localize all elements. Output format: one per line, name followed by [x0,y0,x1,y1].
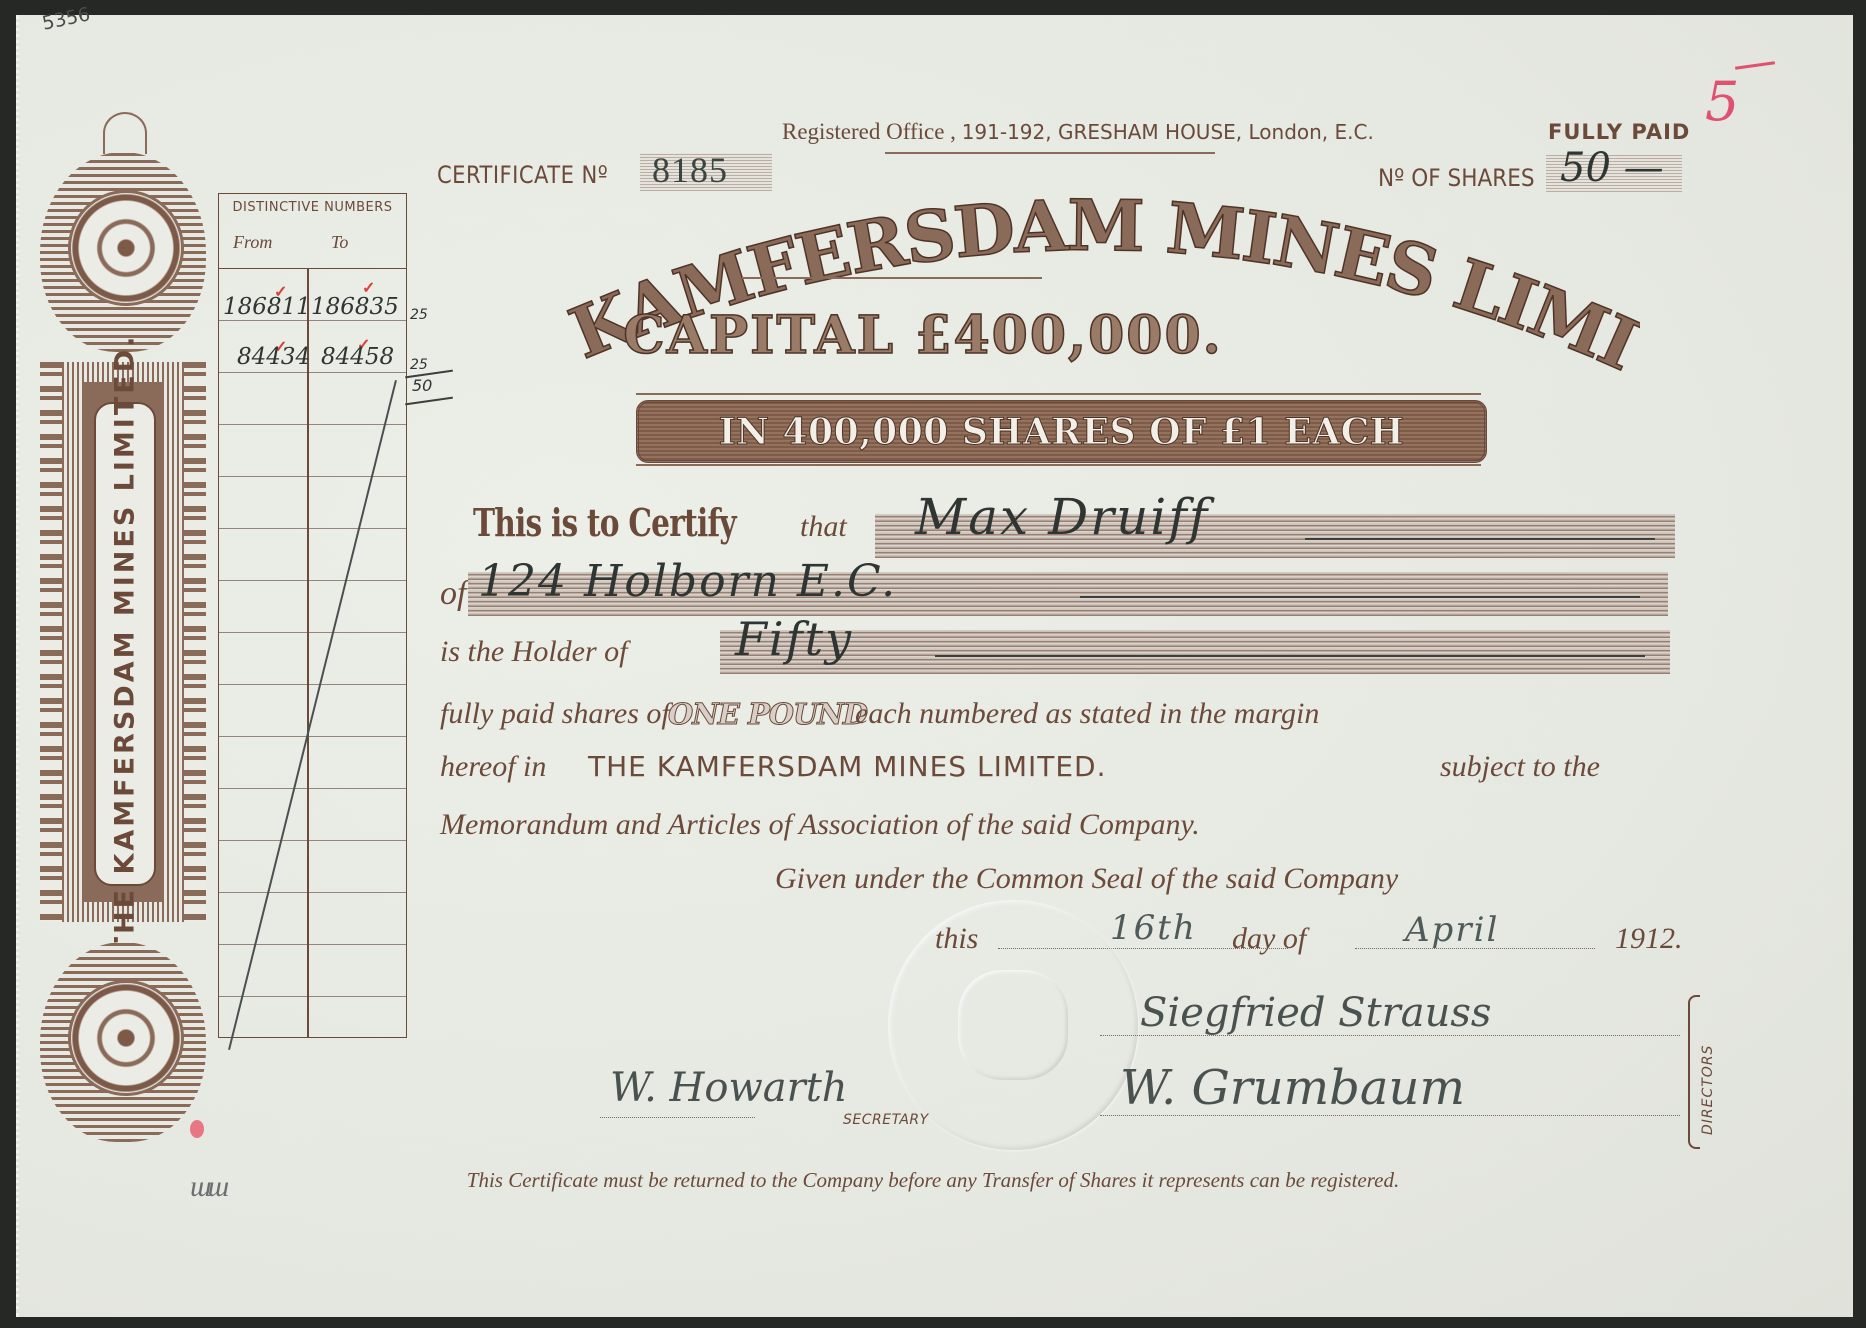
registered-office: Registered Office , 191-192, GRESHAM HOU… [782,119,1374,145]
table-rows [219,269,406,1037]
shares-banner: IN 400,000 SHARES OF £1 EACH [636,400,1487,463]
day-of-label: day of [1232,922,1306,956]
stub-ornament: THE KAMFERSDAM MINES LIMITED. [40,112,206,1112]
registered-office-address: 191-192, GRESHAM HOUSE, London, E.C. [962,120,1374,144]
red-ink-blot [190,1120,204,1138]
of-label: of [440,575,466,613]
day-value: 16th [1110,908,1197,948]
body-line3: Memorandum and Articles of Association o… [440,808,1200,842]
secretary-signature: W. Howarth [610,1065,848,1111]
certificate-number-value: 8185 [652,149,728,191]
shares-banner-text: IN 400,000 SHARES OF £1 EACH [719,411,1405,453]
certificate-number-label: CERTIFICATE Nº [437,161,608,189]
one-pound-text: ONE POUND [668,697,867,731]
title-scroll-ornament [742,277,1042,279]
year-value: 1912. [1615,922,1683,956]
number-of-shares-label: Nº OF SHARES [1378,164,1535,192]
secretary-label: SECRETARY [843,1112,929,1128]
body-line1-post: each numbered as stated in the margin [855,697,1319,731]
given-under-seal: Given under the Common Seal of the said … [775,862,1398,896]
registered-office-label: Registered Office , [782,119,956,144]
company-name-inline: THE KAMFERSDAM MINES LIMITED. [588,750,1107,783]
table-header: DISTINCTIVE NUMBERS From To [219,194,406,269]
directors-bracket [1688,995,1700,1149]
certify-label: This is to Certify [473,500,736,545]
body-line2-pre: hereof in [440,750,546,784]
table-title: DISTINCTIVE NUMBERS [219,200,406,215]
column-to-header: To [331,232,348,253]
body-line1-pre: fully paid shares of [440,697,670,731]
leaf-border-right [184,362,206,922]
column-from-header: From [233,232,272,253]
number-of-shares-value: 50 — [1560,145,1664,191]
share-count-words: Fifty [735,612,853,666]
crest-ornament-icon [103,112,147,154]
capital-heading: CAPITAL £400,000. [0,305,1866,366]
fully-paid-label: FULLY PAID [1548,120,1690,144]
body-line2-post: subject to the [1440,750,1600,784]
transfer-notice: This Certificate must be returned to the… [0,1168,1866,1193]
director1-signature: Siegfried Strauss [1140,990,1491,1036]
stub-shaft: THE KAMFERSDAM MINES LIMITED. [62,362,184,922]
red-pencil-mark: 5 [1705,70,1739,133]
director2-signature: W. Grumbaum [1120,1060,1465,1116]
holder-name-value: Max Druiff [915,488,1209,546]
rosette-bottom-icon [40,942,206,1142]
month-value: April [1405,910,1499,950]
directors-label: DIRECTORS [1700,1045,1716,1135]
leaf-border-left [40,362,62,922]
that-label: that [800,510,847,544]
flourish-rule [885,152,1215,154]
share-count-field [720,630,1670,674]
holder-address-value: 124 Holborn E.C. [478,556,897,607]
holder-of-label: is the Holder of [440,635,628,669]
total-count: 50 [412,376,432,395]
stub-vertical-company-name: THE KAMFERSDAM MINES LIMITED. [110,333,141,955]
